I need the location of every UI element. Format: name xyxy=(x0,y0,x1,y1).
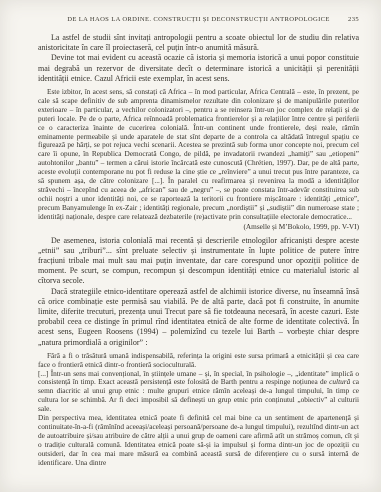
quote-text-segment: [...] Într-un sens mai convențional, în … xyxy=(38,369,359,387)
running-header: DE LA HAOS LA ORDINE. CONSTRUCȚII ȘI DEC… xyxy=(38,16,359,23)
block-quote-roosens: Fără a fi o trăsătură umană indispensabi… xyxy=(38,352,359,468)
italic-term: cultură xyxy=(329,377,350,386)
paragraph-intro-1: La astfel de studii sînt invitați antrop… xyxy=(38,33,359,53)
paragraph-strategies: Dacă strategiile etnico-identitare opere… xyxy=(38,287,359,348)
page-number: 235 xyxy=(348,16,359,23)
paragraph-ethnic-history: De asemenea, istoria colonială mai recen… xyxy=(38,236,359,287)
quote-attribution: (Amselle și M’Bokolo, 1999, pp. V-VI) xyxy=(38,223,359,232)
running-header-title: DE LA HAOS LA ORDINE. CONSTRUCȚII ȘI DEC… xyxy=(67,16,330,23)
book-page: DE LA HAOS LA ORDINE. CONSTRUCȚII ȘI DEC… xyxy=(0,0,381,492)
quote-paragraph: Din perspectiva mea, identitatea etnică … xyxy=(38,414,359,467)
quote-paragraph: [...] Într-un sens mai convențional, în … xyxy=(38,370,359,415)
quote-paragraph: Este izbitor, în acest sens, să constați… xyxy=(38,88,359,222)
quote-paragraph: Fără a fi o trăsătură umană indispensabi… xyxy=(38,352,359,370)
block-quote-africa: Este izbitor, în acest sens, să constați… xyxy=(38,88,359,232)
paragraph-intro-2: Devine tot mai evident cu această ocazie… xyxy=(38,53,359,84)
